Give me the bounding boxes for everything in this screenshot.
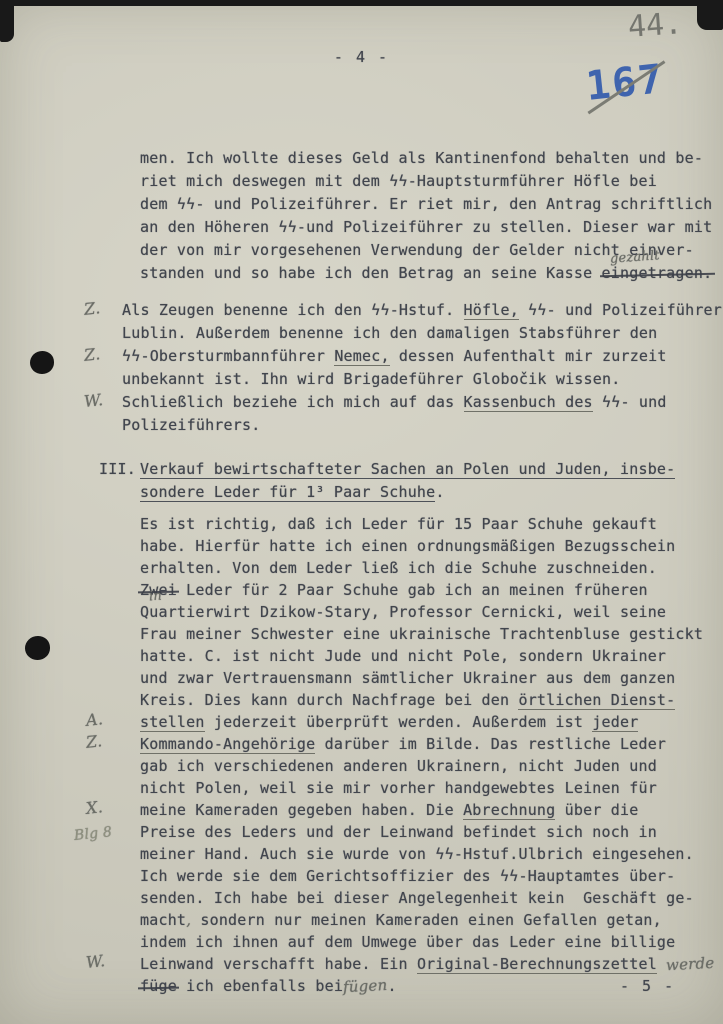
page-number-bottom: - 5 - <box>620 977 675 995</box>
text-segment: füge <box>140 977 177 995</box>
text-segment: und zwar Vertrauensmann sämtlicher Ukrai… <box>140 669 675 687</box>
handwritten-insertion: in <box>148 590 162 604</box>
text-segment: Polizeiführers. <box>122 416 260 434</box>
text-line: Lublin. Außerdem benenne ich den damalig… <box>122 322 723 345</box>
text-segment: Schließlich beziehe ich mich auf das <box>122 393 464 411</box>
margin-annotation: A. <box>85 708 104 732</box>
text-line: und zwar Vertrauensmann sämtlicher Ukrai… <box>140 667 723 689</box>
text-line: unbekannt ist. Ihn wird Brigadeführer Gl… <box>122 368 723 391</box>
text-segment: Leinwand verschafft habe. Ein <box>140 955 417 973</box>
text-line: erhalten. Von dem Leder ließ ich die Sch… <box>140 557 723 579</box>
text-segment: senden. Ich habe bei dieser Angelegenhei… <box>140 889 694 907</box>
text-segment: erhalten. Von dem Leder ließ ich die Sch… <box>140 559 657 577</box>
text-line: Zwei Leder für 2 Paar Schuhe gab ich an … <box>140 579 723 601</box>
text-segment: über die <box>555 801 638 819</box>
text-segment: Dzikow-Stary, Professor Cernicki, weil s… <box>251 603 666 621</box>
text-line: Z.Als Zeugen benenne ich den ϟϟ-Hstuf. H… <box>122 299 723 322</box>
scan-corner-left <box>0 0 14 42</box>
text-segment: ϟϟ- und Polizeiführer <box>519 301 722 319</box>
text-segment: dem ϟϟ- und Polizeiführer. Er riet mir, … <box>140 195 712 213</box>
text-segment: darüber im Bilde. Das restliche Leder <box>315 735 666 753</box>
text-line: Polizeiführers. <box>122 414 723 437</box>
text-line: Kreis. Dies kann durch Nachfrage bei den… <box>140 689 723 711</box>
text-segment: standen und so habe ich den Betrag an se… <box>140 264 602 282</box>
text-segment: Abrechnung <box>463 801 555 820</box>
text-segment: Leder für 2 Paar Schuhe gab ich an meine… <box>177 581 648 599</box>
text-line: riet mich deswegen mit dem ϟϟ-Hauptsturm… <box>140 170 723 193</box>
handwritten-page-number-pencil: 44. <box>627 6 683 45</box>
handwritten-insertion: gezahlt <box>610 249 661 265</box>
text-line: dem ϟϟ- und Polizeiführer. Er riet mir, … <box>140 193 723 216</box>
text-line: Blg 8Preise des Leders und der Leinwand … <box>140 821 723 843</box>
text-line: habe. Hierfür hatte ich einen ordnungsmä… <box>140 535 723 557</box>
text-segment: ϟϟ- und <box>593 393 667 411</box>
text-line: Es ist richtig, daß ich Leder für 15 Paa… <box>140 513 723 535</box>
text-line: A.stellen jederzeit überprüft werden. Au… <box>140 711 723 733</box>
text-segment: Nemec, <box>334 347 389 366</box>
margin-annotation: Z. <box>85 730 104 754</box>
text-segment: Frau meiner Schwester eine ukrainische T… <box>140 625 703 643</box>
text-segment: ich ebenfalls bei <box>177 977 343 995</box>
block-heading-iii: III.Verkauf bewirtschafteter Sachen an P… <box>140 458 723 504</box>
text-segment: meiner Hand. Auch sie wurde von ϟϟ-Hstuf… <box>140 845 694 863</box>
text-line: W.Schließlich beziehe ich mich auf das K… <box>122 391 723 414</box>
text-segment: Lublin. Außerdem benenne ich den damalig… <box>122 324 657 342</box>
text-segment: unbekannt ist. Ihn wird Brigadeführer Gl… <box>122 370 620 388</box>
text-segment: meine Kameraden gegeben haben. Die <box>140 801 463 819</box>
text-line: Quartierwirtin Dzikow-Stary, Professor C… <box>140 601 723 623</box>
margin-annotation: X. <box>85 796 104 820</box>
text-segment: jeder <box>592 713 638 732</box>
margin-annotation: Z. <box>83 342 102 367</box>
text-segment: Als Zeugen benenne ich den ϟϟ-Hstuf. <box>122 301 464 319</box>
text-line: men. Ich wollte dieses Geld als Kantinen… <box>140 147 723 170</box>
block-para-leather: Es ist richtig, daß ich Leder für 15 Paa… <box>140 513 723 997</box>
text-segment: Verkauf bewirtschafteter Sachen an Polen… <box>140 460 675 479</box>
text-line: hatte. C. ist nicht Jude und nicht Pole,… <box>140 645 723 667</box>
text-segment: stellen <box>140 713 205 732</box>
text-segment: men. Ich wollte dieses Geld als Kantinen… <box>140 149 703 167</box>
text-segment: gab ich verschiedenen anderen Ukrainern,… <box>140 757 657 775</box>
text-line: standen und so habe ich den Betrag an se… <box>140 262 723 285</box>
text-segment: Kommando-Angehörige <box>140 735 315 754</box>
text-segment: an den Höheren ϟϟ-und Polizeiführer zu s… <box>140 218 712 236</box>
scan-edge-top <box>0 0 723 6</box>
text-segment: jederzeit überprüft werden. Außerdem ist <box>205 713 593 731</box>
text-line: macht, sondern nur meinen Kameraden eine… <box>140 909 723 931</box>
text-line: III.Verkauf bewirtschafteter Sachen an P… <box>140 458 723 481</box>
margin-annotation: III. <box>99 458 136 481</box>
document-body: men. Ich wollte dieses Geld als Kantinen… <box>0 147 723 997</box>
block-para-witnesses: Z.Als Zeugen benenne ich den ϟϟ-Hstuf. H… <box>122 299 723 437</box>
margin-annotation: W. <box>83 388 104 413</box>
text-line: indem ich ihnen auf dem Umwege über das … <box>140 931 723 953</box>
text-segment: dessen Aufenthalt mir zurzeit <box>390 347 667 365</box>
text-segment: Es ist richtig, daß ich Leder für 15 Paa… <box>140 515 657 533</box>
text-line: nicht Polen, weil sie mir vorher handgew… <box>140 777 723 799</box>
text-segment: örtlichen Dienst- <box>518 691 675 710</box>
text-segment: eingetragen.gezahlt <box>602 264 713 282</box>
text-line: an den Höheren ϟϟ-und Polizeiführer zu s… <box>140 216 723 239</box>
text-segment: Ich werde sie dem Gerichtsoffizier des ϟ… <box>140 867 675 885</box>
text-segment: Kassenbuch des <box>464 393 593 412</box>
text-segment: sondere Leder für 1³ Paar Schuhe <box>140 483 435 502</box>
text-segment: . <box>435 483 444 501</box>
margin-annotation: Blg 8 <box>73 821 113 847</box>
text-segment: nicht Polen, weil sie mir vorher handgew… <box>140 779 657 797</box>
scan-corner-right <box>697 0 723 30</box>
page-number-top: - 4 - <box>0 48 723 66</box>
text-segment: indem ich ihnen auf dem Umwege über das … <box>140 933 675 951</box>
text-line: Z.Kommando-Angehörige darüber im Bilde. … <box>140 733 723 755</box>
text-line: Z.ϟϟ-Obersturmbannführer Nemec, dessen A… <box>122 345 723 368</box>
text-segment: ϟϟ-Obersturmbannführer <box>122 347 334 365</box>
text-segment: riet mich deswegen mit dem ϟϟ-Hauptsturm… <box>140 172 657 190</box>
text-segment: Quartierwirtin <box>140 603 251 621</box>
text-segment: Original-Berechnungszettel <box>417 955 657 974</box>
text-line: meiner Hand. Auch sie wurde von ϟϟ-Hstuf… <box>140 843 723 865</box>
text-line: senden. Ich habe bei dieser Angelegenhei… <box>140 887 723 909</box>
text-line: W.Leinwand verschafft habe. Ein Original… <box>140 953 723 975</box>
text-line: Ich werde sie dem Gerichtsoffizier des ϟ… <box>140 865 723 887</box>
text-segment: . <box>387 977 396 995</box>
text-line: X.meine Kameraden gegeben haben. Die Abr… <box>140 799 723 821</box>
text-line: gab ich verschiedenen anderen Ukrainern,… <box>140 755 723 777</box>
text-segment: sondern nur meinen Kameraden einen Gefal… <box>191 911 662 929</box>
margin-annotation: Z. <box>83 296 102 321</box>
text-segment: Preise des Leders und der Leinwand befin… <box>140 823 657 841</box>
text-segment: Höfle, <box>464 301 519 320</box>
text-line: Frau meiner Schwester eine ukrainische T… <box>140 623 723 645</box>
text-segment: Kreis. Dies kann durch Nachfrage bei den <box>140 691 518 709</box>
text-line: sondere Leder für 1³ Paar Schuhe. <box>140 481 723 504</box>
text-segment: macht <box>140 911 186 929</box>
handwritten-correction: werde <box>666 952 715 977</box>
text-segment: habe. Hierfür hatte ich einen ordnungsmä… <box>140 537 675 555</box>
margin-annotation: W. <box>85 950 106 974</box>
scanned-document-page: 44. 167 - 4 - men. Ich wollte dieses Gel… <box>0 0 723 1024</box>
block-para-continuation: men. Ich wollte dieses Geld als Kantinen… <box>140 147 723 285</box>
handwritten-correction: fügen <box>343 974 388 998</box>
text-segment: hatte. C. ist nicht Jude und nicht Pole,… <box>140 647 666 665</box>
